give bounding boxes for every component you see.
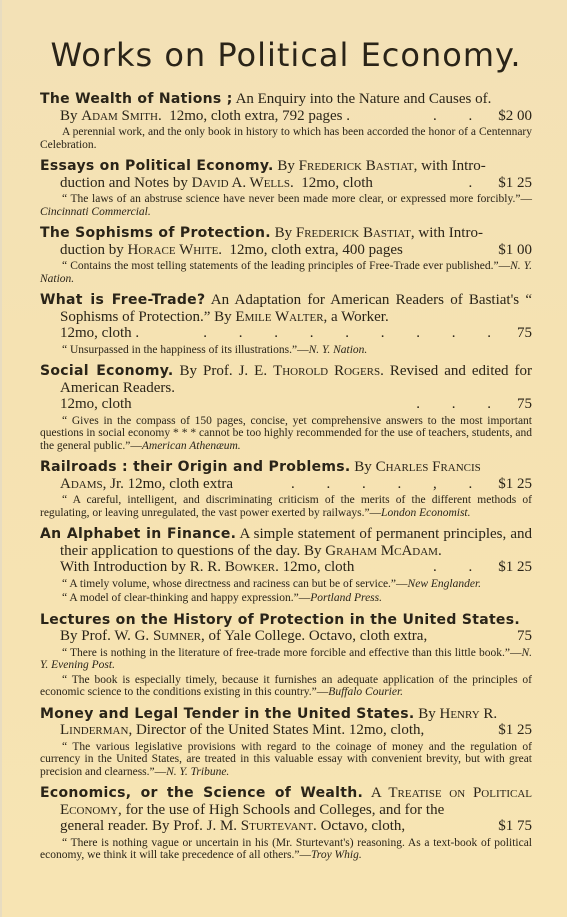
review-source: Cincinnati Commercial. [40, 206, 151, 218]
book-entry-essays-political-economy: Essays on Political Economy. By Frederic… [40, 158, 532, 218]
book-title: The Wealth of Nations ; [40, 91, 233, 107]
author-name: Sumner, [153, 628, 205, 644]
review-source: New Englander. [408, 578, 481, 590]
entry-heading: Lectures on the History of Protection in… [40, 612, 532, 629]
entry-heading: What is Free-Trade? An Adaptation for Am… [40, 292, 532, 325]
review-source: American Athenæum. [142, 440, 241, 452]
book-title: The Sophisms of Protection. [40, 225, 271, 241]
book-title: Money and Legal Tender in the United Sta… [40, 706, 414, 722]
book-entry-economics-science-of-wealth: Economics, or the Science of Wealth. A T… [40, 785, 532, 862]
author-name: David A. Wells. [192, 175, 294, 191]
entry-price-line: By Adam Smith. 12mo, cloth extra, 792 pa… [40, 108, 532, 125]
price: $1 25 [492, 722, 532, 739]
entry-heading: Railroads : their Origin and Problems. B… [40, 459, 532, 476]
entry-price-line: Adams, Jr. 12mo, cloth extra . . . . , .… [40, 476, 532, 493]
dot-leader: . . [354, 559, 492, 576]
price: $1 25 [492, 476, 532, 493]
author-name: Sturtevant. [241, 818, 317, 834]
book-entry-railroads: Railroads : their Origin and Problems. B… [40, 459, 532, 519]
dot-leader: . . [350, 108, 492, 125]
entry-heading: Essays on Political Economy. By Frederic… [40, 158, 532, 175]
author-name: Frederick Bastiat, [299, 158, 418, 174]
review-source: N. Y. Tribune. [166, 766, 229, 778]
review-quote: “ The various legislative provisions wit… [40, 741, 532, 779]
book-title: Social Economy. [40, 363, 173, 379]
book-entry-wealth-of-nations: The Wealth of Nations ; An Enquiry into … [40, 91, 532, 151]
book-entry-alphabet-in-finance: An Alphabet in Finance. A simple stateme… [40, 526, 532, 605]
author-name: Emile Walter, [235, 309, 327, 325]
book-title: Economics, or the Science of Wealth. [40, 785, 363, 801]
review-source: Buffalo Courier. [328, 686, 403, 698]
page-content: Works on Political Economy. The Wealth o… [40, 38, 532, 869]
review-quote: “ Gives in the compass of 150 pages, con… [40, 415, 532, 453]
entry-price-line: general reader. By Prof. J. M. Sturtevan… [40, 818, 532, 835]
dot-leader: . [373, 175, 492, 192]
entry-price-line: With Introduction by R. R. Bowker. 12mo,… [40, 559, 532, 576]
review-quote: “ There is nothing vague or uncertain in… [40, 837, 532, 862]
entry-price-line: 12mo, cloth . . . . . . . . . . 75 [40, 325, 532, 342]
price: 75 [511, 396, 532, 413]
book-entry-social-economy: Social Economy. By Prof. J. E. Thorold R… [40, 363, 532, 452]
review-source: London Economist. [381, 507, 470, 519]
author-name: Adam Smith. [81, 108, 161, 124]
author-name: Graham McAdam. [325, 543, 441, 559]
review-quote: “ A model of clear-thinking and happy ex… [40, 592, 532, 605]
review-source: N. Y. Nation. [309, 344, 368, 356]
review-quote: “ Contains the most telling statements o… [40, 260, 532, 285]
review-quote: “ The book is especially timely, because… [40, 674, 532, 699]
dot-leader: . . . . , . [233, 476, 492, 493]
price: 75 [511, 628, 532, 645]
book-title: Lectures on the History of Protection in… [40, 612, 520, 628]
entry-price-line: duction and Notes by David A. Wells. 12m… [40, 175, 532, 192]
review-source: Portland Press. [310, 592, 382, 604]
book-title: Essays on Political Economy. [40, 158, 274, 174]
author-name: Charles Francis [376, 459, 481, 475]
review-quote: “ Unsurpassed in the happiness of its il… [40, 344, 532, 357]
price: $1 25 [492, 559, 532, 576]
book-title: What is Free-Trade? [40, 292, 205, 308]
entry-price-line: Linderman, Director of the United States… [40, 722, 532, 739]
entry-price-line: 12mo, cloth . . . 75 [40, 396, 532, 413]
entry-heading: An Alphabet in Finance. A simple stateme… [40, 526, 532, 559]
price: $1 25 [492, 175, 532, 192]
entry-price-line: duction by Horace White. 12mo, cloth ext… [40, 242, 532, 259]
author-name: Frederick Bastiat, [296, 225, 415, 241]
review-quote: “ A timely volume, whose directness and … [40, 578, 532, 591]
author-name: Thorold Rogers. [273, 363, 384, 379]
author-name: Bowker. [225, 559, 279, 575]
entry-heading: The Wealth of Nations ; An Enquiry into … [40, 91, 532, 108]
review-quote: “ There is nothing in the literature of … [40, 647, 532, 672]
review-quote: “ A careful, intelligent, and discrimina… [40, 494, 532, 519]
book-entry-sophisms-of-protection: The Sophisms of Protection. By Frederick… [40, 225, 532, 285]
book-title: An Alphabet in Finance. [40, 526, 236, 542]
price: $2 00 [492, 108, 532, 125]
book-entry-what-is-free-trade: What is Free-Trade? An Adaptation for Am… [40, 292, 532, 356]
entry-heading: Money and Legal Tender in the United Sta… [40, 706, 532, 723]
book-entry-money-legal-tender: Money and Legal Tender in the United Sta… [40, 706, 532, 779]
book-page: Works on Political Economy. The Wealth o… [0, 0, 567, 917]
review-source: Troy Whig. [311, 849, 362, 861]
price: $1 00 [492, 242, 532, 259]
entry-heading: The Sophisms of Protection. By Frederick… [40, 225, 532, 242]
entry-heading: Economics, or the Science of Wealth. A T… [40, 785, 532, 818]
book-title: Railroads : their Origin and Problems. [40, 459, 351, 475]
entry-price-line: By Prof. W. G. Sumner, of Yale College. … [40, 628, 532, 645]
dot-leader: . . . [132, 396, 511, 413]
page-title: Works on Political Economy. [40, 38, 532, 73]
review-quote: “ The laws of an abstruse science have n… [40, 193, 532, 218]
book-entry-history-of-protection: Lectures on the History of Protection in… [40, 612, 532, 699]
dot-leader: . . . . . . . . . [139, 325, 511, 342]
price: $1 75 [492, 818, 532, 835]
author-name: Horace White. [128, 242, 223, 258]
review-quote: A perennial work, and the only book in h… [40, 126, 532, 151]
price: 75 [511, 325, 532, 342]
entry-heading: Social Economy. By Prof. J. E. Thorold R… [40, 363, 532, 396]
author-name: Henry R. [440, 706, 498, 722]
author-name: Linderman, [60, 722, 132, 738]
author-name: Adams, [60, 476, 106, 492]
